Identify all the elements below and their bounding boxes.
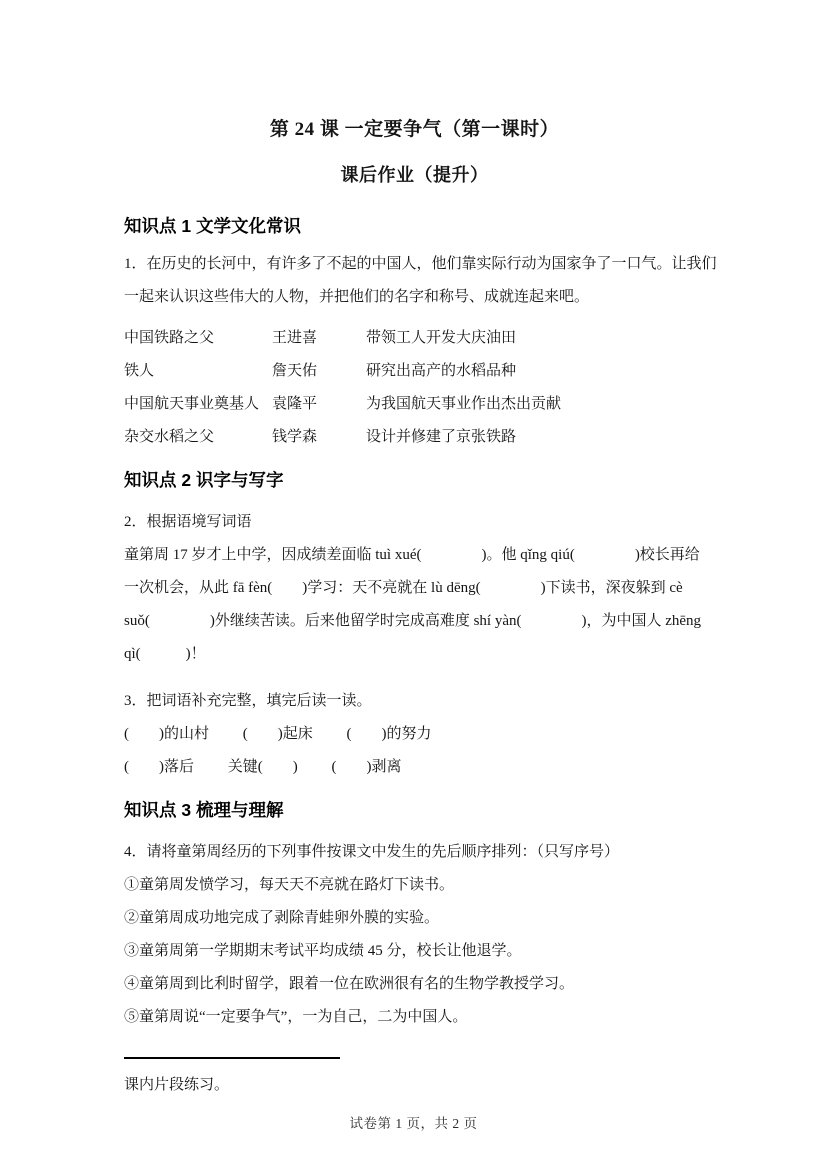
match-person: 钱学森 bbox=[272, 421, 366, 454]
section-3-heading: 知识点 3 梳理与理解 bbox=[124, 798, 705, 822]
page-footer: 试卷第 1 页，共 2 页 bbox=[0, 1112, 827, 1132]
event-item: ④童第周到比利时留学，跟着一位在欧洲很有名的生物学教授学习。 bbox=[124, 968, 705, 1001]
match-achievement: 带领工人开发大庆油田 bbox=[366, 322, 705, 355]
match-person: 詹天佑 bbox=[272, 355, 366, 388]
doc-subtitle: 课后作业（提升） bbox=[124, 164, 705, 186]
pinyin-line: 童第周 17 岁才上中学，因成绩差面临 tuì xué( )。他 qǐng qi… bbox=[124, 539, 705, 572]
blank-item: ( )的山村 bbox=[124, 718, 209, 751]
event-item: ②童第周成功地完成了剥除青蛙卵外膜的实验。 bbox=[124, 902, 705, 935]
pinyin-line: suǒ( )外继续苦读。后来他留学时完成高难度 shí yàn( )，为中国人 … bbox=[124, 605, 705, 638]
worksheet-page: 第 24 课 一定要争气（第一课时） 课后作业（提升） 知识点 1 文学文化常识… bbox=[0, 0, 827, 1102]
blank-item: 关键( ) bbox=[228, 751, 298, 784]
match-title: 铁人 bbox=[124, 355, 272, 388]
match-row: 杂交水稻之父 钱学森 设计并修建了京张铁路 bbox=[124, 421, 705, 454]
pinyin-line: qì( )！ bbox=[124, 638, 705, 671]
question-3-blanks: ( )的山村 ( )起床 ( )的努力 ( )落后 关键( ) ( )剥离 bbox=[124, 718, 705, 784]
match-achievement: 设计并修建了京张铁路 bbox=[366, 421, 705, 454]
blank-item: ( )起床 bbox=[243, 718, 313, 751]
match-achievement: 为我国航天事业作出杰出贡献 bbox=[366, 388, 705, 421]
question-1: 1．在历史的长河中，有许多了不起的中国人，他们靠实际行动为国家争了一口气。让我们… bbox=[124, 248, 705, 314]
event-item: ⑤童第周说“一定要争气”，一为自己，二为中国人。 bbox=[124, 1001, 705, 1034]
question-1-text-line: 一起来认识这些伟大的人物，并把他们的名字和称号、成就连起来吧。 bbox=[124, 281, 705, 314]
question-3-lead: 3．把词语补充完整，填完后读一读。 bbox=[124, 685, 705, 718]
blank-item: ( )的努力 bbox=[347, 718, 432, 751]
match-person: 袁隆平 bbox=[272, 388, 366, 421]
blank-row: ( )落后 关键( ) ( )剥离 bbox=[124, 751, 705, 784]
pinyin-line: 一次机会，从此 fā fèn( )学习：天不亮就在 lù dēng( )下读书，… bbox=[124, 572, 705, 605]
match-title: 杂交水稻之父 bbox=[124, 421, 272, 454]
match-person: 王进喜 bbox=[272, 322, 366, 355]
match-row: 中国航天事业奠基人 袁隆平 为我国航天事业作出杰出贡献 bbox=[124, 388, 705, 421]
match-row: 中国铁路之父 王进喜 带领工人开发大庆油田 bbox=[124, 322, 705, 355]
blank-item: ( )剥离 bbox=[332, 751, 402, 784]
question-4-items: ①童第周发愤学习，每天天不亮就在路灯下读书。 ②童第周成功地完成了剥除青蛙卵外膜… bbox=[124, 869, 705, 1034]
section-1-heading: 知识点 1 文学文化常识 bbox=[124, 214, 705, 238]
doc-title: 第 24 课 一定要争气（第一课时） bbox=[124, 118, 705, 142]
blank-row: ( )的山村 ( )起床 ( )的努力 bbox=[124, 718, 705, 751]
question-2-lead: 2．根据语境写词语 bbox=[124, 506, 705, 539]
question-2-passage: 童第周 17 岁才上中学，因成绩差面临 tuì xué( )。他 qǐng qi… bbox=[124, 539, 705, 671]
question-4-lead: 4．请将童第周经历的下列事件按课文中发生的先后顺序排列：（只写序号） bbox=[124, 836, 705, 869]
matching-exercise: 中国铁路之父 王进喜 带领工人开发大庆油田 铁人 詹天佑 研究出高产的水稻品种 … bbox=[124, 322, 705, 454]
match-achievement: 研究出高产的水稻品种 bbox=[366, 355, 705, 388]
match-title: 中国铁路之父 bbox=[124, 322, 272, 355]
blank-item: ( )落后 bbox=[124, 751, 194, 784]
event-item: ③童第周第一学期期末考试平均成绩 45 分，校长让他退学。 bbox=[124, 935, 705, 968]
event-item: ①童第周发愤学习，每天天不亮就在路灯下读书。 bbox=[124, 869, 705, 902]
question-1-text-line: 1．在历史的长河中，有许多了不起的中国人，他们靠实际行动为国家争了一口气。让我们 bbox=[124, 248, 705, 281]
match-row: 铁人 詹天佑 研究出高产的水稻品种 bbox=[124, 355, 705, 388]
section-2-heading: 知识点 2 识字与写字 bbox=[124, 468, 705, 492]
answer-blank-line bbox=[124, 1056, 340, 1059]
note-text: 课内片段练习。 bbox=[124, 1069, 705, 1102]
match-title: 中国航天事业奠基人 bbox=[124, 388, 272, 421]
